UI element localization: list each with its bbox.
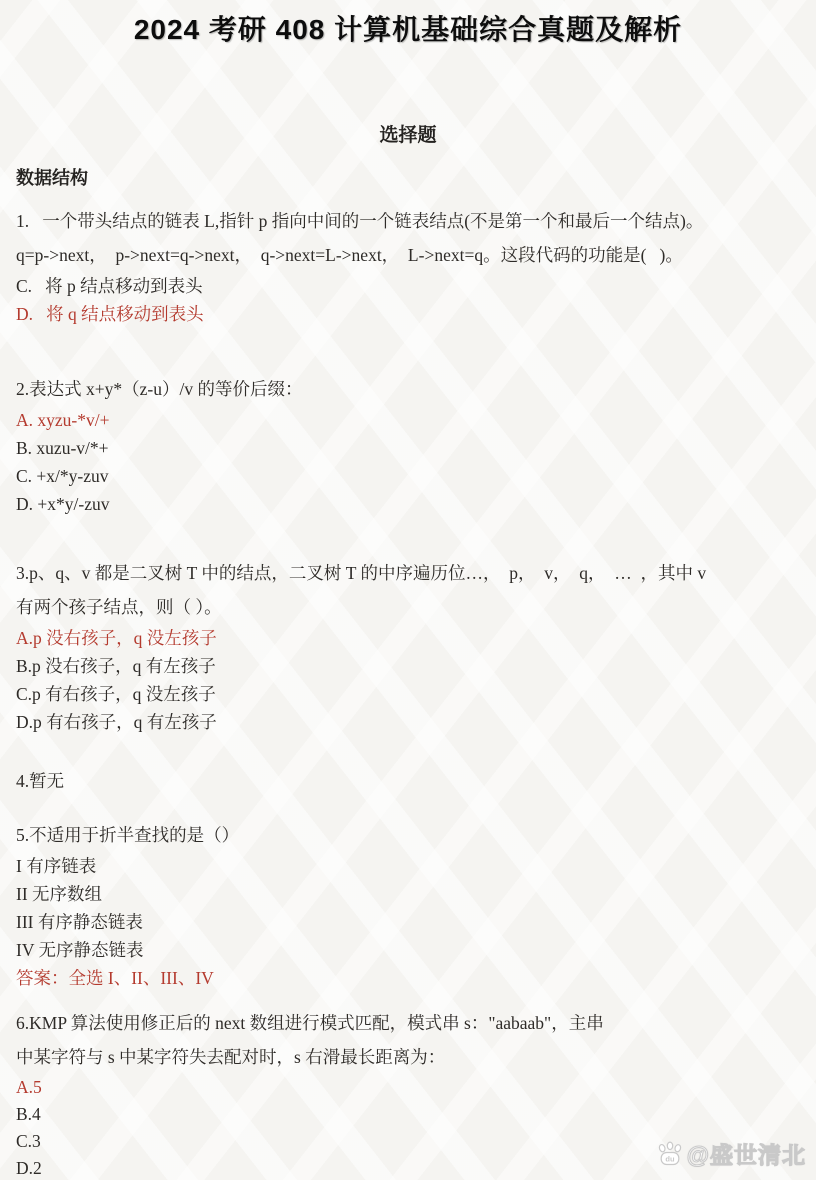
question-3-option-a-answer: A.p 没右孩子，q 没左孩子 — [16, 624, 800, 652]
question-1-code-line: q=p->next， p->next=q->next， q->next=L->n… — [16, 238, 800, 272]
section-heading: 选择题 — [16, 120, 800, 147]
question-1-option-d-answer: D. 将 q 结点移动到表头 — [16, 300, 800, 328]
question-2-option-a-answer: A. xyzu-*v/+ — [16, 406, 800, 434]
question-5-answer-line: 答案：全选 I、II、III、IV — [16, 964, 800, 992]
question-3-option-c: C.p 有右孩子，q 没左孩子 — [16, 680, 800, 708]
question-3-text-line-2: 有两个孩子结点，则（ ）。 — [16, 590, 800, 624]
question-5: 5.不适用于折半查找的是（） I 有序链表 II 无序数组 III 有序静态链表… — [16, 818, 800, 992]
question-2-option-d: D. +x*y/-zuv — [16, 490, 800, 518]
question-2-text-line: 2.表达式 x+y*（z-u）/v 的等价后缀： — [16, 372, 800, 406]
question-6-option-b: B.4 — [16, 1101, 800, 1128]
question-6-text-line-2: 中某字符与 s 中某字符失去配对时，s 右滑最长距离为： — [16, 1040, 800, 1074]
page: 2024 考研 408 计算机基础综合真题及解析 选择题 数据结构 1. 一个带… — [0, 0, 816, 1180]
question-3-option-d: D.p 有右孩子，q 有左孩子 — [16, 708, 800, 736]
question-2-option-c: C. +x/*y-zuv — [16, 462, 800, 490]
question-5-item-3: III 有序静态链表 — [16, 908, 800, 936]
question-5-item-4: IV 无序静态链表 — [16, 936, 800, 964]
question-3-option-b: B.p 没右孩子，q 有左孩子 — [16, 652, 800, 680]
question-3: 3.p、q、v 都是二叉树 T 中的结点，二叉树 T 的中序遍历位…， p， v… — [16, 556, 800, 736]
question-5-item-2: II 无序数组 — [16, 880, 800, 908]
page-title: 2024 考研 408 计算机基础综合真题及解析 — [16, 0, 800, 48]
watermark: du @盛世清北 — [656, 1137, 806, 1170]
baidu-paw-du-label: du — [665, 1154, 675, 1163]
document-page: { "page": { "title": "2024 考研 408 计算机基础综… — [0, 0, 816, 1180]
question-6-text-line-1: 6.KMP 算法使用修正后的 next 数组进行模式匹配，模式串 s："aaba… — [16, 1006, 800, 1040]
question-4: 4.暂无 — [16, 764, 800, 798]
baidu-paw-icon: du — [656, 1141, 684, 1167]
question-5-text-line: 5.不适用于折半查找的是（） — [16, 818, 800, 852]
question-3-text-line-1: 3.p、q、v 都是二叉树 T 中的结点，二叉树 T 的中序遍历位…， p， v… — [16, 556, 800, 590]
topic-heading: 数据结构 — [16, 164, 800, 190]
question-1: 1. 一个带头结点的链表 L,指针 p 指向中间的一个链表结点(不是第一个和最后… — [16, 204, 800, 328]
question-4-text-line: 4.暂无 — [16, 764, 800, 798]
question-1-text-line: 1. 一个带头结点的链表 L,指针 p 指向中间的一个链表结点(不是第一个和最后… — [16, 204, 800, 238]
question-2-option-b: B. xuzu-v/*+ — [16, 434, 800, 462]
question-1-option-c: C. 将 p 结点移动到表头 — [16, 272, 800, 300]
watermark-handle: @盛世清北 — [687, 1137, 806, 1170]
question-2: 2.表达式 x+y*（z-u）/v 的等价后缀： A. xyzu-*v/+ B.… — [16, 372, 800, 518]
question-6-option-a-answer: A.5 — [16, 1074, 800, 1101]
question-5-item-1: I 有序链表 — [16, 852, 800, 880]
